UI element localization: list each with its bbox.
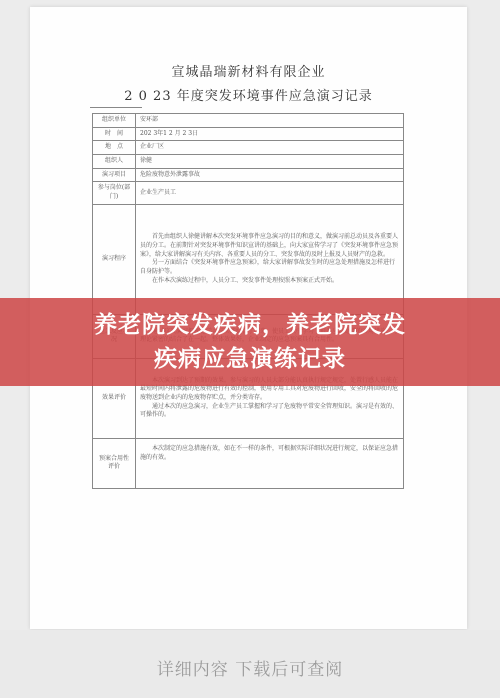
row-label: 演习项目	[93, 168, 136, 182]
evaluation-paragraph: 通过本次的应急演习，企业生产员工掌握和学习了危废物平常安全管理知识。演习是有效的…	[140, 403, 399, 420]
table-row: 时 间 202 3年1 2 月 2 3日	[93, 127, 404, 141]
row-label: 参与岗位(部门)	[93, 182, 136, 204]
table-row: 地 点 企业厂区	[93, 141, 404, 155]
row-value: 202 3年1 2 月 2 3日	[136, 127, 404, 141]
title-banner: 养老院突发疾病，养老院突发 疾病应急演练记录	[0, 298, 500, 386]
row-label: 预案合用性评价	[93, 438, 136, 488]
procedure-paragraph: 在作本次演练过程中，人员分工、突发事件处理按照本预案正式开始。	[140, 277, 399, 286]
row-value: 企业生产员工	[136, 182, 404, 204]
document-title: 2 0 23 年度突发环境事件应急演习记录	[30, 85, 467, 104]
banner-line-2: 疾病应急演练记录	[0, 342, 500, 376]
row-label: 组织人	[93, 155, 136, 169]
footer-bar[interactable]: 详细内容 下载后可查阅	[0, 630, 500, 698]
company-name: 宣城晶瑞新材料有限企业	[30, 61, 467, 80]
row-value: 安环部	[136, 114, 404, 128]
plan-eval-text: 本次制定的应急措施有效，如在不一样的条件，可根据实际详细状况进行规定，以保证应急…	[140, 445, 399, 462]
table-row: 参与岗位(部门) 企业生产员工	[93, 182, 404, 204]
row-label: 时 间	[93, 127, 136, 141]
row-label: 地 点	[93, 141, 136, 155]
banner-title: 养老院突发疾病，养老院突发 疾病应急演练记录	[0, 308, 500, 376]
table-row: 组织单位 安环部	[93, 114, 404, 128]
row-value: 危险废物意外泄露事故	[136, 168, 404, 182]
row-label: 组织单位	[93, 114, 136, 128]
table-row: 预案合用性评价 本次制定的应急措施有效，如在不一样的条件，可根据实际详细状况进行…	[93, 438, 404, 488]
title-underline	[90, 107, 142, 108]
table-row: 演习项目 危险废物意外泄露事故	[93, 168, 404, 182]
row-value: 企业厂区	[136, 141, 404, 155]
procedure-paragraph: 另一方面结合《突发环境事件应急预案》，给大家讲解事故发生时的应急处理措施及怎样进…	[140, 259, 399, 276]
row-value: 本次制定的应急措施有效，如在不一样的条件，可根据实际详细状况进行规定，以保证应急…	[136, 438, 404, 488]
banner-line-1: 养老院突发疾病，养老院突发	[0, 308, 500, 342]
download-to-view-link[interactable]: 详细内容 下载后可查阅	[0, 655, 500, 680]
table-row: 组织人 徐健	[93, 155, 404, 169]
procedure-paragraph: 首先由组织人徐健讲解本次突发环境事件应急演习的目的和意义，做演习前总动员及各重要…	[140, 233, 399, 259]
row-value: 徐健	[136, 155, 404, 169]
